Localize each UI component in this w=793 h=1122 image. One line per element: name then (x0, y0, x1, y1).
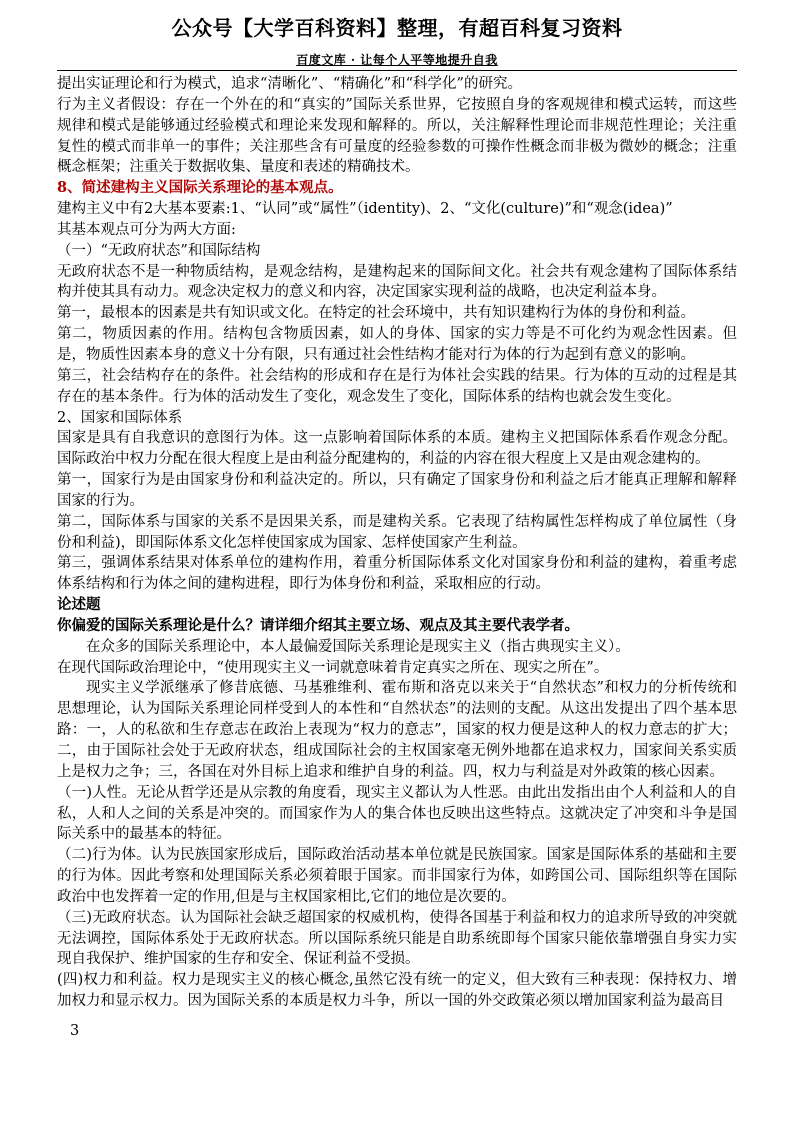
paragraph: 其基本观点可分为两大方面: (57, 220, 737, 241)
paragraph: 第一，最根本的因素是共有知识或文化。在特定的社会环境中，共有知识建构行为体的身份… (57, 303, 737, 324)
paragraph: 2、国家和国际体系 (57, 408, 737, 429)
paragraph: 建构主义中有2大基本要素:1、“认同”或“属性”（identity)、2、“文化… (57, 199, 737, 220)
document-body: 提出实证理论和行为模式，追求“清晰化”、“精确化”和“科学化”的研究。 行为主义… (57, 74, 737, 1012)
paragraph: 在众多的国际关系理论中，本人最偏爱国际关系理论是现实主义（指古典现实主义）。 (57, 637, 737, 658)
paragraph: 第三，强调体系结果对体系单位的建构作用，着重分析国际体系文化对国家身份和利益的建… (57, 553, 737, 595)
doc-subtitle: 百度文库 · 让每个人平等地提升自我 (296, 53, 498, 67)
paragraph: （一）“无政府状态”和国际结构 (57, 241, 737, 262)
paragraph: (四)权力和利益。权力是现实主义的核心概念,虽然它没有统一的定义，但大致有三种表… (57, 970, 737, 1012)
doc-title: 公众号【大学百科资料】整理，有超百科复习资料 (57, 12, 737, 41)
paragraph: 现实主义学派继承了修昔底德、马基雅维利、霍布斯和洛克以来关于“自然状态”和权力的… (57, 678, 737, 782)
paragraph: （一)人性。无论从哲学还是从宗教的角度看，现实主义都认为人性恶。由此出发指出由个… (57, 783, 737, 846)
paragraph: 第一，国家行为是由国家身份和利益决定的。所以，只有确定了国家身份和利益之后才能真… (57, 470, 737, 512)
paragraph: 提出实证理论和行为模式，追求“清晰化”、“精确化”和“科学化”的研究。 (57, 74, 737, 95)
paragraph: 第二，物质因素的作用。结构包含物质因素，如人的身体、国家的实力等是不可化约为观念… (57, 324, 737, 366)
paragraph: 无政府状态不是一种物质结构，是观念结构，是建构起来的国际间文化。社会共有观念建构… (57, 262, 737, 304)
essay-question-heading: 你偏爱的国际关系理论是什么？请详细介绍其主要立场、观点及其主要代表学者。 (57, 616, 737, 637)
paragraph: （三)无政府状态。认为国际社会缺乏超国家的权威机构，使得各国基于利益和权力的追求… (57, 908, 737, 971)
question-8-heading: 8、简述建构主义国际关系理论的基本观点。 (57, 178, 737, 199)
paragraph: 国家是具有自我意识的意图行为体。这一点影响着国际体系的本质。建构主义把国际体系看… (57, 428, 737, 470)
paragraph: 在现代国际政治理论中，“使用现实主义一词就意味着肯定真实之所在、现实之所在”。 (57, 658, 737, 679)
essay-section-heading: 论述题 (57, 595, 737, 616)
paragraph: 行为主义者假设：存在一个外在的和“真实的”国际关系世界，它按照自身的客观规律和模… (57, 95, 737, 178)
header-rule: 百度文库 · 让每个人平等地提升自我 (57, 49, 737, 71)
paragraph: 第二，国际体系与国家的关系不是因果关系，而是建构关系。它表现了结构属性怎样构成了… (57, 512, 737, 554)
paragraph: （二)行为体。认为民族国家形成后，国际政治活动基本单位就是民族国家。国家是国际体… (57, 845, 737, 908)
paragraph: 第三，社会结构存在的条件。社会结构的形成和存在是行为体社会实践的结果。行为体的互… (57, 366, 737, 408)
page-number: 3 (70, 1023, 79, 1039)
document-page: 公众号【大学百科资料】整理，有超百科复习资料 百度文库 · 让每个人平等地提升自… (0, 0, 793, 1122)
